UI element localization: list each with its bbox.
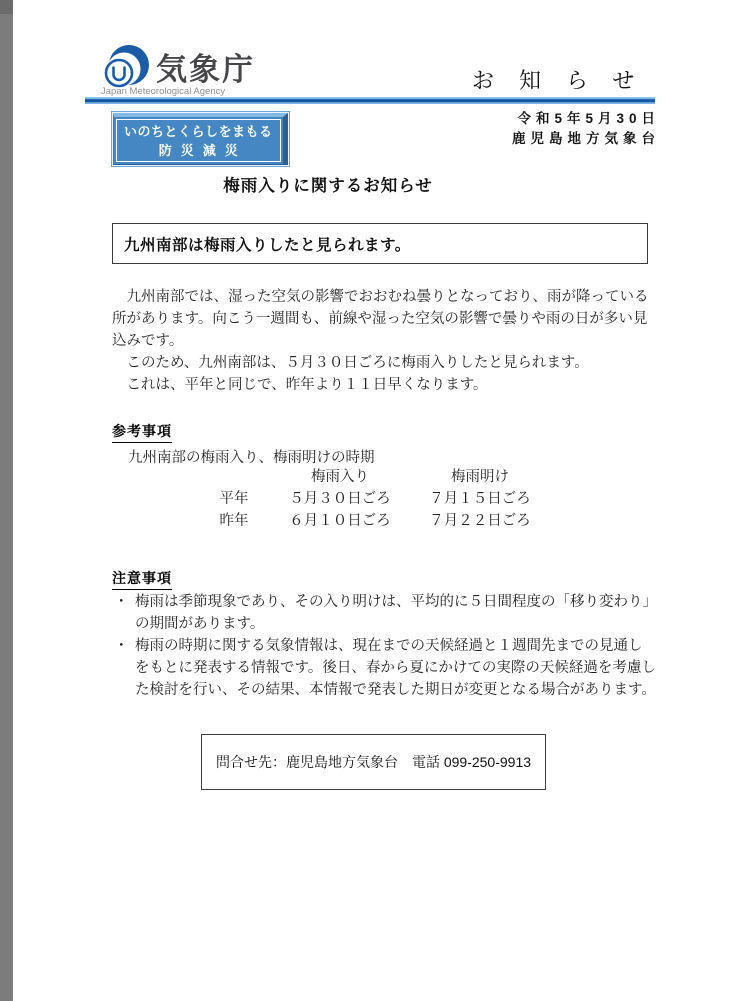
body-paragraph: 九州南部では、湿った空気の影響でおおむね曇りとなっており、雨が降っている所があり… [112, 286, 652, 352]
bullet-marker: ・ [114, 591, 135, 635]
issue-date: 令和5年5月30日 [300, 109, 660, 129]
table-header-cell: 梅雨入り [266, 466, 414, 488]
disaster-prevention-badge: いのちとくらしをまもる 防災減災 [111, 111, 290, 167]
table-cell: ５月３０日ごろ [266, 488, 414, 510]
badge-face: いのちとくらしをまもる 防災減災 [116, 119, 281, 162]
notes-section-heading: 注意事項 [112, 568, 172, 590]
table-header-cell [202, 466, 266, 488]
table-row-label: 昨年 [202, 510, 266, 532]
bullet-marker: ・ [114, 635, 135, 701]
header-accent-bar [85, 97, 655, 104]
agency-name: 気象庁 [156, 44, 255, 89]
viewer-left-gutter [0, 0, 13, 1001]
badge-3d-box: いのちとくらしをまもる 防災減災 [113, 113, 288, 165]
agency-name-english: Japan Meteorological Agency [101, 86, 225, 97]
notes-list: ・ 梅雨は季節現象であり、その入り明けは、平均的に５日間程度の「移り変わり」の期… [114, 591, 656, 701]
table-cell: ６月１０日ごろ [266, 510, 414, 532]
document-page: 気象庁 Japan Meteorological Agency お知らせ 令和5… [0, 0, 736, 1001]
date-office-block: 令和5年5月30日 鹿児島地方気象台 [300, 109, 655, 148]
list-item: ・ 梅雨の時期に関する気象情報は、現在までの天候経過と１週間先までの見通しをもと… [114, 635, 656, 701]
notice-type-label: お知らせ [472, 64, 659, 95]
note-text: 梅雨は季節現象であり、その入り明けは、平均的に５日間程度の「移り変わり」の期間が… [135, 591, 656, 635]
page-title: 梅雨入りに関するお知らせ [0, 172, 656, 196]
reference-intro: 九州南部の梅雨入り、梅雨明けの時期 [128, 446, 375, 467]
headline-text: 九州南部は梅雨入りしたと見られます。 [124, 233, 411, 255]
viewer-gutter-cap [0, 0, 13, 14]
contact-box: 問合せ先：鹿児島地方気象台 電話 099-250-9913 [201, 734, 546, 790]
body-text: 九州南部では、湿った空気の影響でおおむね曇りとなっており、雨が降っている所があり… [112, 286, 652, 396]
reference-section-heading: 参考事項 [112, 421, 172, 443]
list-item: ・ 梅雨は季節現象であり、その入り明けは、平均的に５日間程度の「移り変わり」の期… [114, 591, 656, 635]
body-paragraph: このため、九州南部は、５月３０日ごろに梅雨入りしたと見られます。 [112, 352, 652, 374]
table-row-label: 平年 [202, 488, 266, 510]
table-header-cell: 梅雨明け [414, 466, 546, 488]
reference-table: 梅雨入り 梅雨明け 平年 ５月３０日ごろ ７月１５日ごろ 昨年 ６月１０日ごろ … [202, 466, 546, 532]
contact-info: 問合せ先：鹿児島地方気象台 電話 099-250-9913 [216, 752, 531, 772]
badge-bousai-gensai: 防災減災 [124, 140, 282, 159]
body-paragraph: これは、平年と同じで、昨年より１１日早くなります。 [112, 374, 652, 396]
headline-box: 九州南部は梅雨入りしたと見られます。 [112, 223, 648, 264]
note-text: 梅雨の時期に関する気象情報は、現在までの天候経過と１週間先までの見通しをもとに発… [135, 635, 656, 701]
badge-slogan: いのちとくらしをまもる [124, 121, 273, 140]
table-cell: ７月１５日ごろ [414, 488, 546, 510]
issuing-office: 鹿児島地方気象台 [300, 129, 660, 149]
table-cell: ７月２２日ごろ [414, 510, 546, 532]
